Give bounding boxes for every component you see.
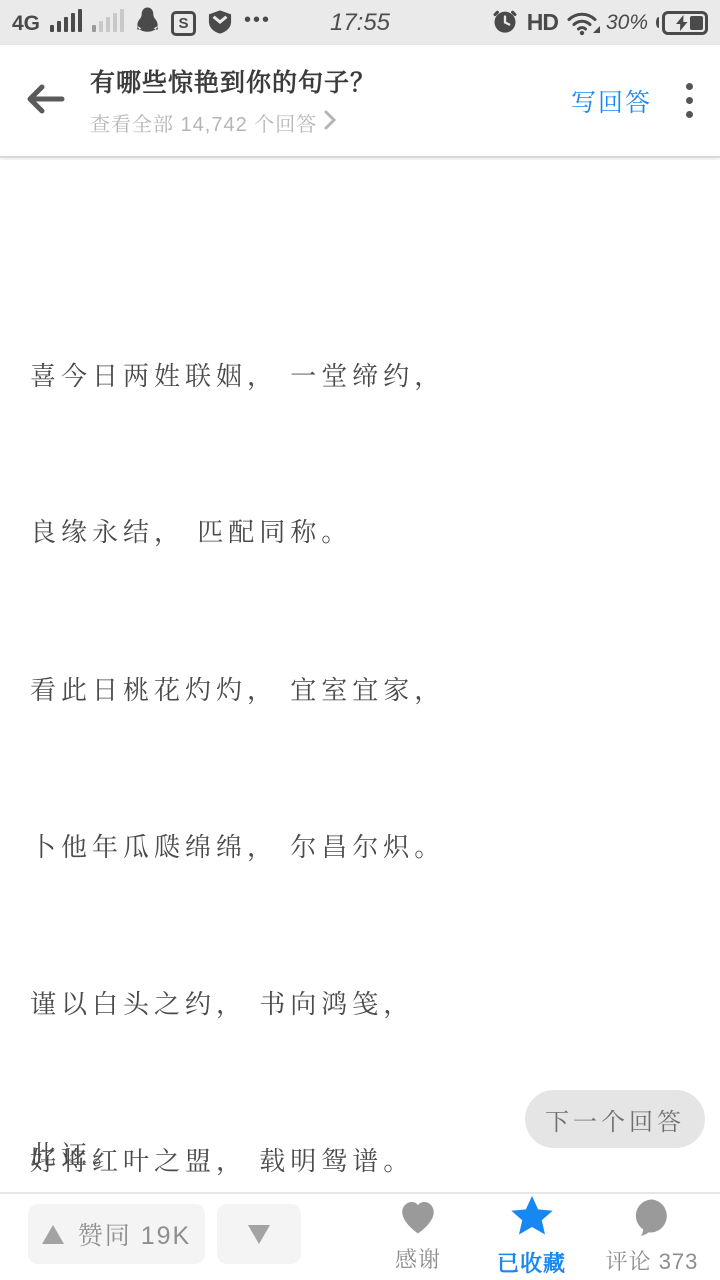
view-all-answers-label: 查看全部 14,742 个回答 [90,108,317,137]
chevron-right-icon [323,110,337,135]
answer-line: 喜今日两姓联姻， 一堂缔约， [30,356,445,393]
question-title: 有哪些惊艳到你的句子？ [90,68,565,99]
back-arrow-icon [25,82,65,119]
kebab-menu-button[interactable] [658,45,720,156]
next-answer-button[interactable]: 下一个回答 [525,1090,705,1148]
answer-line: 卜他年瓜瓞绵绵， 尔昌尔炽。 [30,827,445,864]
network-type-label: 4G [12,13,40,40]
answer-line: 看此日桃花灼灼， 宜室宜家， [30,670,445,707]
shield-icon [206,8,234,40]
star-icon [508,1196,556,1243]
back-button[interactable] [0,45,90,156]
phone-screen: 4G S ••• 17:55 HD [0,0,720,1280]
question-title-block: 有哪些惊艳到你的句子？ 查看全部 14,742 个回答 [90,64,565,136]
downvote-icon [248,1225,270,1244]
upvote-button[interactable]: 赞同 19K [28,1204,205,1264]
heart-icon [397,1196,439,1239]
comments-count-label: 评论 373 [606,1245,699,1276]
comments-button[interactable]: 评论 373 [592,1196,712,1276]
upvote-icon [42,1225,64,1244]
upvote-count-label: 赞同 19K [78,1216,191,1252]
sim2-signal-icon [92,9,124,40]
wifi-icon [566,10,598,36]
battery-percent-label: 30% [606,11,648,35]
write-answer-button[interactable]: 写回答 [565,73,658,129]
answer-line: 此证。 [30,1135,123,1172]
hd-volte-label: HD [527,9,558,36]
bottom-action-bar: 赞同 19K 感谢 已收藏 评论 373 [0,1192,720,1280]
answer-line: 谨以白头之约， 书向鸿笺， [30,984,414,1021]
answer-body: 喜今日两姓联姻， 一堂缔约， 良缘永结， 匹配同称。 看此日桃花灼灼， 宜室宜家… [0,160,720,1192]
answer-line: 良缘永结， 匹配同称。 [30,512,352,549]
clock-time: 17:55 [290,9,430,37]
status-left-cluster: 4G S ••• [12,6,271,40]
collection-label: 已收藏 [497,1247,566,1278]
alarm-clock-icon [491,7,519,39]
collection-button[interactable]: 已收藏 [489,1196,574,1278]
view-all-answers-link[interactable]: 查看全部 14,742 个回答 [90,108,565,137]
question-header: 有哪些惊艳到你的句子？ 查看全部 14,742 个回答 写回答 [0,45,720,158]
status-bar: 4G S ••• 17:55 HD [0,0,720,45]
s-badge-icon: S [171,11,196,36]
status-right-cluster: HD 30% [491,7,708,39]
downvote-button[interactable] [217,1204,301,1264]
thanks-button[interactable]: 感谢 [378,1196,458,1274]
more-notifications-icon: ••• [244,9,271,40]
qq-penguin-icon [134,6,161,40]
comment-bubble-icon [631,1196,673,1241]
battery-charging-icon [656,11,708,35]
thanks-label: 感谢 [395,1243,441,1274]
signal-bars-icon [50,9,82,40]
